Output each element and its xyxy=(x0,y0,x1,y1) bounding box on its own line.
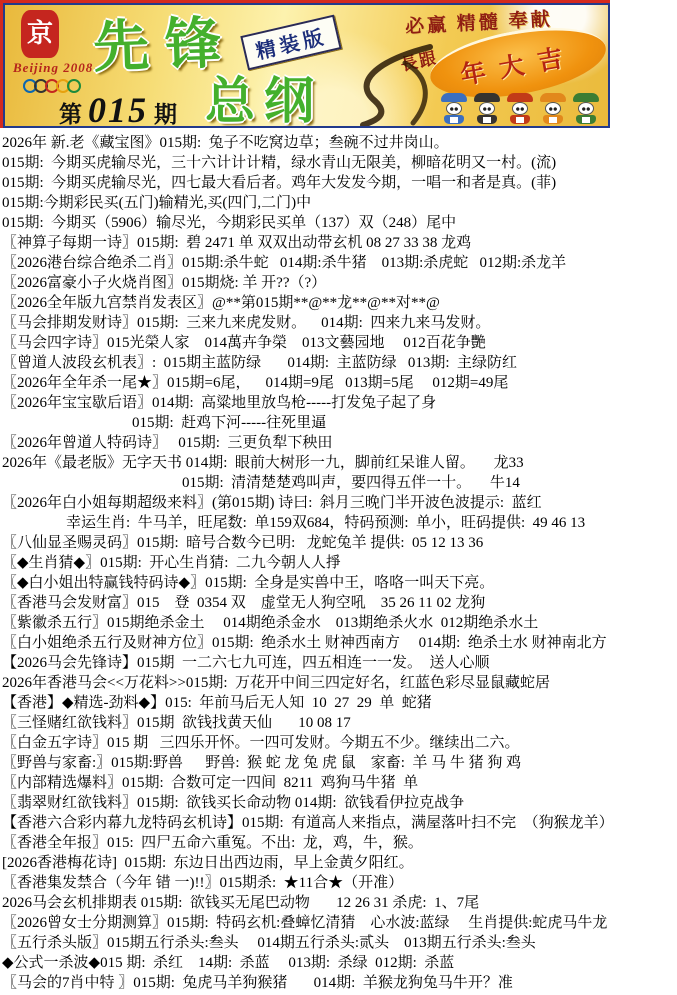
text-line: 〖2026港台综合绝杀二肖〗015期:杀牛蛇 014期:杀牛猪 013期:杀虎蛇… xyxy=(2,253,677,273)
text-line: 【2026马会先锋诗】015期 一二六七九可连，四五相连一一发。 送人心顺 xyxy=(2,653,677,673)
text-line: 〖马会的7肖中特 〗015期: 兔虎马羊狗猴猪 014期: 羊猴龙狗兔马牛开？准 xyxy=(2,973,677,993)
text-line: 【香港】◆精选-劲料◆】015: 年前马后无人知 10 27 29 单 蛇猪 xyxy=(2,693,677,713)
text-line: 2026年《最老版》无字天书 014期: 眼前大树形一九，脚前红呆谁人留。 龙3… xyxy=(2,453,677,473)
issue-number: 第015期 xyxy=(59,89,177,128)
issue-suffix: 期 xyxy=(154,102,177,127)
tip-sheet-page: 京 Beijing 2008 先锋 总纲 第015期 精装版 必赢 精髓 奉献 … xyxy=(0,0,677,995)
text-line: 2026马会玄机排期表 015期: 欲钱买无尾巴动物 12 26 31 杀虎: … xyxy=(2,893,677,913)
text-line: 015期: 赶鸡下河-----往死里逼 xyxy=(2,413,677,433)
text-line: 2026年 新.老《藏宝图》015期: 兔子不吃窝边草；叁碗不过井岗山。 xyxy=(2,133,677,153)
text-line: 〖翡翠财红欲钱料〗015期: 欲钱买长命动物 014期: 欲钱看伊拉克战争 xyxy=(2,793,677,813)
text-line: 015期: 今期买虎输尽光，四七最大看后者。鸡年大发发今期，一唱一和者是真。(菲… xyxy=(2,173,677,193)
text-line: 015期:今期彩民买(五门)输精光,买(四门,二门)中 xyxy=(2,193,677,213)
text-line: 幸运生肖: 牛马羊，旺尾数: 单159双684，特码预测: 单小，旺码提供: 4… xyxy=(2,513,677,533)
fuwa-mascot-icon xyxy=(441,93,467,124)
fuwa-mascot-icon xyxy=(474,93,500,124)
text-line: 〖野兽与家畜:〗015期:野兽 野兽: 猴 蛇 龙 兔 虎 鼠 家畜: 羊 马 … xyxy=(2,753,677,773)
fuwa-mascot-icon xyxy=(540,93,566,124)
text-line: 〖◆生肖猜◆〗015期: 开心生肖猜: 二九今朝人人掙 xyxy=(2,553,677,573)
text-line: 〖马会四字诗〗015光榮人家 014萬卉争榮 013文藝园地 012百花争艷 xyxy=(2,333,677,353)
text-line: 〖2026年曾道人特码诗〗 015期: 三更负犁下秧田 xyxy=(2,433,677,453)
issue-value: 015 xyxy=(82,90,154,128)
text-line: 〖2026年全年杀一尾★〗015期=6尾， 014期=9尾 013期=5尾 01… xyxy=(2,373,677,393)
text-line: 〖曾道人波段玄机表〗: 015期主蓝防绿 014期: 主蓝防绿 013期: 主绿… xyxy=(2,353,677,373)
text-line: 〖香港全年报〗015: 四尸五命六重冤。不出: 龙，鸡，牛，猴。 xyxy=(2,833,677,853)
text-line: 〖2026曾女士分期测算〗015期: 特码玄机:叠蟑忆清猜 心水波:蓝绿 生肖提… xyxy=(2,913,677,933)
header-banner: 京 Beijing 2008 先锋 总纲 第015期 精装版 必赢 精髓 奉献 … xyxy=(0,0,610,128)
text-line: 〖白金五字诗〗015 期 三四乐开怀。一四可发财。今期五不少。继续出二六。 xyxy=(2,733,677,753)
text-line: 【香港六合彩内幕九龙特码玄机诗】015期: 有道高人来指点，满屋落叶扫不完 （狗… xyxy=(2,813,677,833)
text-line: 015期: 清清楚楚鸡叫声，要四得五伴一十。 牛14 xyxy=(2,473,677,493)
text-line: 015期: 今期买虎输尽光，三十六计计计精，绿水青山无限美，柳暗花明又一村。(流… xyxy=(2,153,677,173)
text-line: 2026年香港马会<<万花料>>015期: 万花开中间三四定好名，红蓝色彩尽显鼠… xyxy=(2,673,677,693)
text-line: 〖香港马会发财富〗015 登 0354 双 虚堂无人狗空吼 35 26 11 0… xyxy=(2,593,677,613)
text-line: 015期: 今期买（5906）输尽光，今期彩民买单（137）双（248）尾中 xyxy=(2,213,677,233)
body-text: 2026年 新.老《藏宝图》015期: 兔子不吃窝边草；叁碗不过井岗山。015期… xyxy=(2,133,677,993)
text-line: 〖神算子每期一诗〗015期: 碧 2471 单 双双出动带玄机 08 27 33… xyxy=(2,233,677,253)
issue-prefix: 第 xyxy=(59,102,82,127)
beijing-2008-seal-icon: 京 xyxy=(21,10,59,58)
text-line: 〖三怪赌红欲钱料〗015期 欲钱找黄天仙 10 08 17 xyxy=(2,713,677,733)
text-line: 〖◆白小姐出特赢钱特码诗◆〗015期: 全身是实兽中王，咯咯一叫天下亮。 xyxy=(2,573,677,593)
text-line: 〖马会排期发财诗〗015期: 三来九来虎发财。 014期: 四来九来马发财。 xyxy=(2,313,677,333)
text-line: 〖2026全年版九宫禁肖发表区〗@**第015期**@**龙**@**对**@ xyxy=(2,293,677,313)
beijing-2008-wordmark: Beijing 2008 xyxy=(13,60,93,76)
text-line: [2026香港梅花诗] 015期: 东边日出西边雨，早上金黄夕阳红。 xyxy=(2,853,677,873)
text-line: 〖内部精选爆料〗015期: 合数可定一四间 8211 鸡狗马牛猪 单 xyxy=(2,773,677,793)
text-line: 〖2026富豪小子火烧肖图〗015期烧: 羊 开??（?） xyxy=(2,273,677,293)
text-line: 〖八仙显圣赐灵码〗015期: 暗号合数今已明: 龙蛇兔羊 提供: 05 12 1… xyxy=(2,533,677,553)
masthead-title-bottom: 总纲 xyxy=(205,61,323,128)
fuwa-mascot-icon xyxy=(507,93,533,124)
text-line: 〖紫徽杀五行〗015期绝杀金土 014期绝杀金水 013期绝杀火水 012期绝杀… xyxy=(2,613,677,633)
fuwa-mascot-icon xyxy=(573,93,599,124)
text-line: 〖2026年白小姐每期超级来料〗(第015期) 诗曰: 斜月三晚门半开波色波提示… xyxy=(2,493,677,513)
banner-text: 年大吉 xyxy=(458,36,579,92)
mascots-row xyxy=(441,93,599,124)
text-line: 〖白小姐绝杀五行及财神方位〗015期: 绝杀水土 财神西南方 014期: 绝杀土… xyxy=(2,633,677,653)
text-line: 〖2026年宝宝歇后语〗014期: 高粱地里放鸟枪-----打发兔子起了身 xyxy=(2,393,677,413)
text-line: ◆公式一杀波◆015 期: 杀红 14期: 杀蓝 013期: 杀绿 012期: … xyxy=(2,953,677,973)
text-line: 〖香港集发禁合（今年 错 一)!!〗015期杀: ★11合★（开准） xyxy=(2,873,677,893)
text-line: 〖五行杀头版〗015期五行杀头:叁头 014期五行杀头:贰头 013期五行杀头:… xyxy=(2,933,677,953)
